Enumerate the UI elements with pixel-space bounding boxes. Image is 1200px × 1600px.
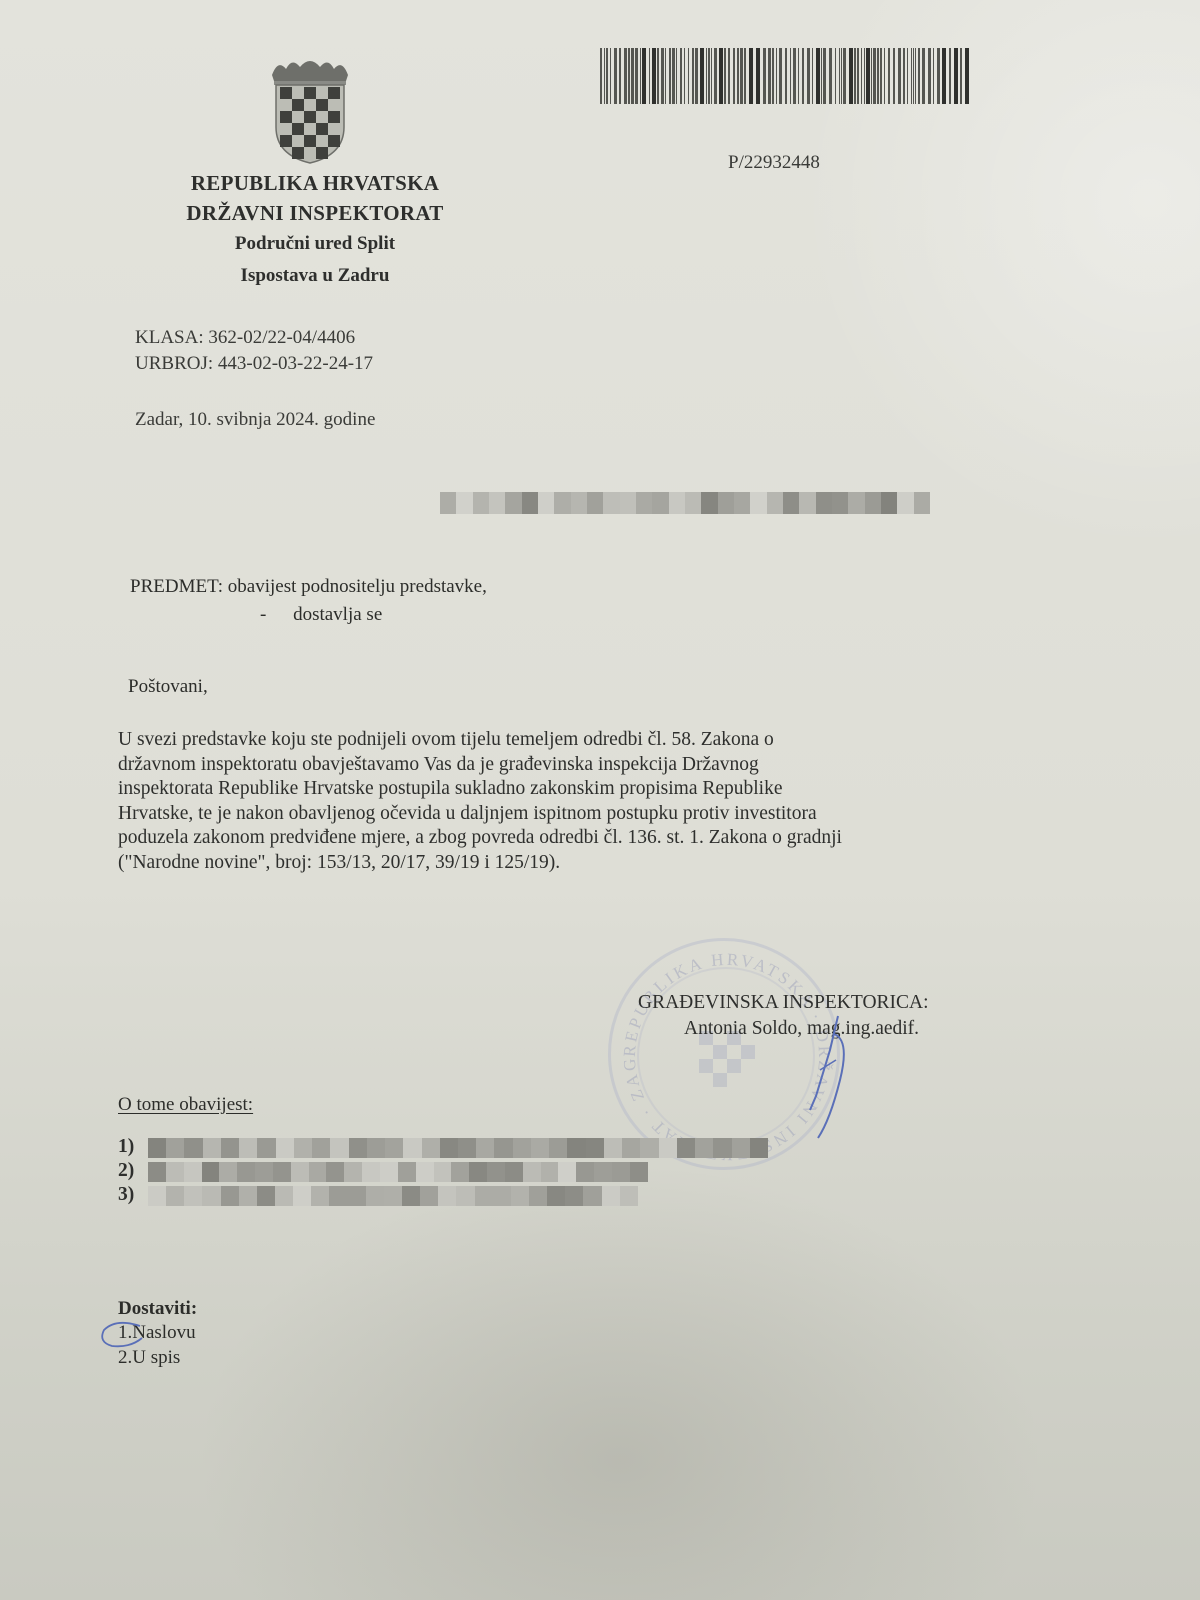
institution-name: DRŽAVNI INSPEKTORAT xyxy=(140,198,490,228)
urbroj: URBROJ: 443-02-03-22-24-17 xyxy=(135,352,373,376)
handwritten-signature-icon xyxy=(790,1010,860,1150)
branch-name: Ispostava u Zadru xyxy=(140,260,490,292)
notice-recipient-number: 1) xyxy=(118,1136,134,1157)
redacted-recipient xyxy=(148,1186,638,1206)
klasa: KLASA: 362-02/22-04/4406 xyxy=(135,326,355,350)
notice-recipient-number: 2) xyxy=(118,1160,134,1181)
subject-line: PREDMET: obavijest podnositelju predstav… xyxy=(130,576,487,598)
signatory-name: Antonia Soldo, mag.ing.aedif. xyxy=(638,1016,929,1042)
barcode xyxy=(600,48,972,104)
notice-recipient-row: 2) xyxy=(118,1160,134,1186)
greeting: Poštovani, xyxy=(128,676,208,698)
delivery-heading: Dostaviti: xyxy=(118,1298,197,1320)
body-line: Hrvatske, te je nakon obavljenog očevida… xyxy=(118,802,1078,827)
subject-label: PREDMET: xyxy=(130,576,223,597)
notice-recipient-row: 3) xyxy=(118,1184,134,1210)
body-line: državnom inspektoratu obavještavamo Vas … xyxy=(118,753,1078,778)
letterhead: REPUBLIKA HRVATSKA DRŽAVNI INSPEKTORAT P… xyxy=(140,168,490,292)
signatory-title: GRAĐEVINSKA INSPEKTORICA: xyxy=(638,990,929,1016)
signature-block: GRAĐEVINSKA INSPEKTORICA: Antonia Soldo,… xyxy=(638,990,929,1042)
subject-subline-text: dostavlja se xyxy=(293,604,382,625)
croatian-coat-of-arms-icon xyxy=(268,55,352,165)
office-name: Područni ured Split xyxy=(140,228,490,260)
subject-subline: - dostavlja se xyxy=(260,604,382,626)
letter-body: U svezi predstavke koju ste podnijeli ov… xyxy=(118,728,1078,875)
redacted-recipient-address xyxy=(440,492,930,514)
notice-heading: O tome obavijest: xyxy=(118,1094,253,1116)
redacted-recipient xyxy=(148,1162,648,1182)
handwritten-circle-mark-icon xyxy=(96,1318,156,1352)
body-line: inspektorata Republike Hrvatske postupil… xyxy=(118,777,1078,802)
subject-dash: - xyxy=(260,604,266,625)
notice-recipient-row: 1) xyxy=(118,1136,134,1162)
subject-text: obavijest podnositelju predstavke, xyxy=(228,576,487,597)
notice-recipient-number: 3) xyxy=(118,1184,134,1205)
body-line: poduzela zakonom predviđene mjere, a zbo… xyxy=(118,826,1078,851)
place-date: Zadar, 10. svibnja 2024. godine xyxy=(135,408,375,432)
body-line: ("Narodne novine", broj: 153/13, 20/17, … xyxy=(118,851,1078,876)
country-name: REPUBLIKA HRVATSKA xyxy=(140,168,490,198)
body-line: U svezi predstavke koju ste podnijeli ov… xyxy=(118,728,1078,753)
barcode-number: P/22932448 xyxy=(728,152,820,174)
redacted-recipient xyxy=(148,1138,768,1158)
